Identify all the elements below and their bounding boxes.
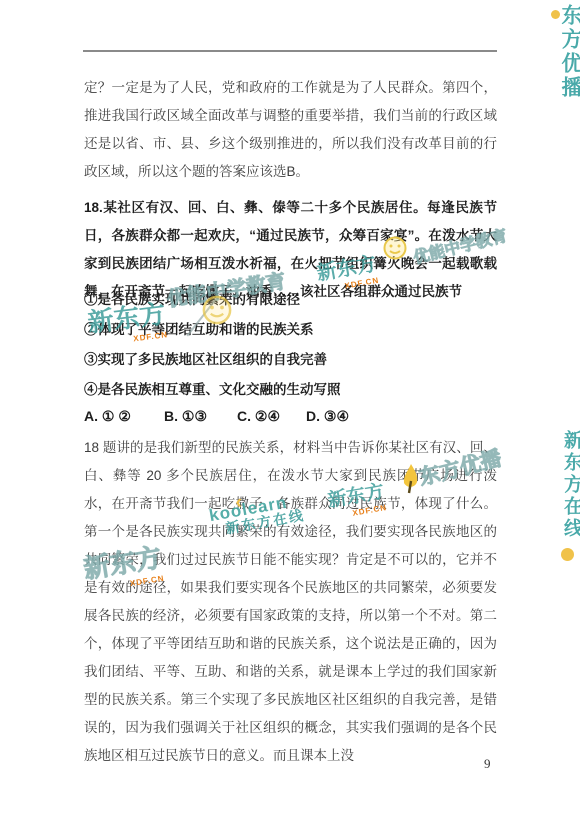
question-18-option-3: ③实现了多民族地区社区组织的自我完善	[84, 348, 497, 368]
question-18-option-2: ②体现了平等团结互助和谐的民族关系	[84, 318, 497, 338]
answer-choices-row: A. ① ② B. ①③ C. ②④ D. ③④	[84, 408, 497, 430]
ribbon-k-dot-icon	[561, 548, 574, 561]
question-18-option-1: ①是各民族实现共同繁荣的有限途径	[84, 288, 497, 308]
ribbon-dot-icon	[551, 10, 560, 19]
watermark-ribbon-dfyoubo: 东方优播	[555, 4, 580, 100]
header-rule	[83, 50, 497, 52]
document-page: 定？一定是为了人民，党和政府的工作就是为了人民群众。第四个，推进我国行政区域全面…	[0, 0, 580, 820]
paragraph-answer-17: 定？一定是为了人民，党和政府的工作就是为了人民群众。第四个，推进我国行政区域全面…	[84, 74, 497, 186]
choice-d: D. ③④	[306, 408, 349, 425]
page-number: 9	[484, 756, 491, 772]
choice-b: B. ①③	[164, 408, 207, 425]
question-18-option-4: ④是各民族相互尊重、文化交融的生动写照	[84, 378, 497, 398]
choice-a: A. ① ②	[84, 408, 131, 425]
watermark-ribbon-koolearn: 新东方在线	[558, 430, 580, 540]
question-18-explanation: 18 题讲的是我们新型的民族关系，材料当中告诉你某社区有汉、回、白、彝等 20 …	[84, 434, 497, 770]
choice-c: C. ②④	[237, 408, 280, 425]
